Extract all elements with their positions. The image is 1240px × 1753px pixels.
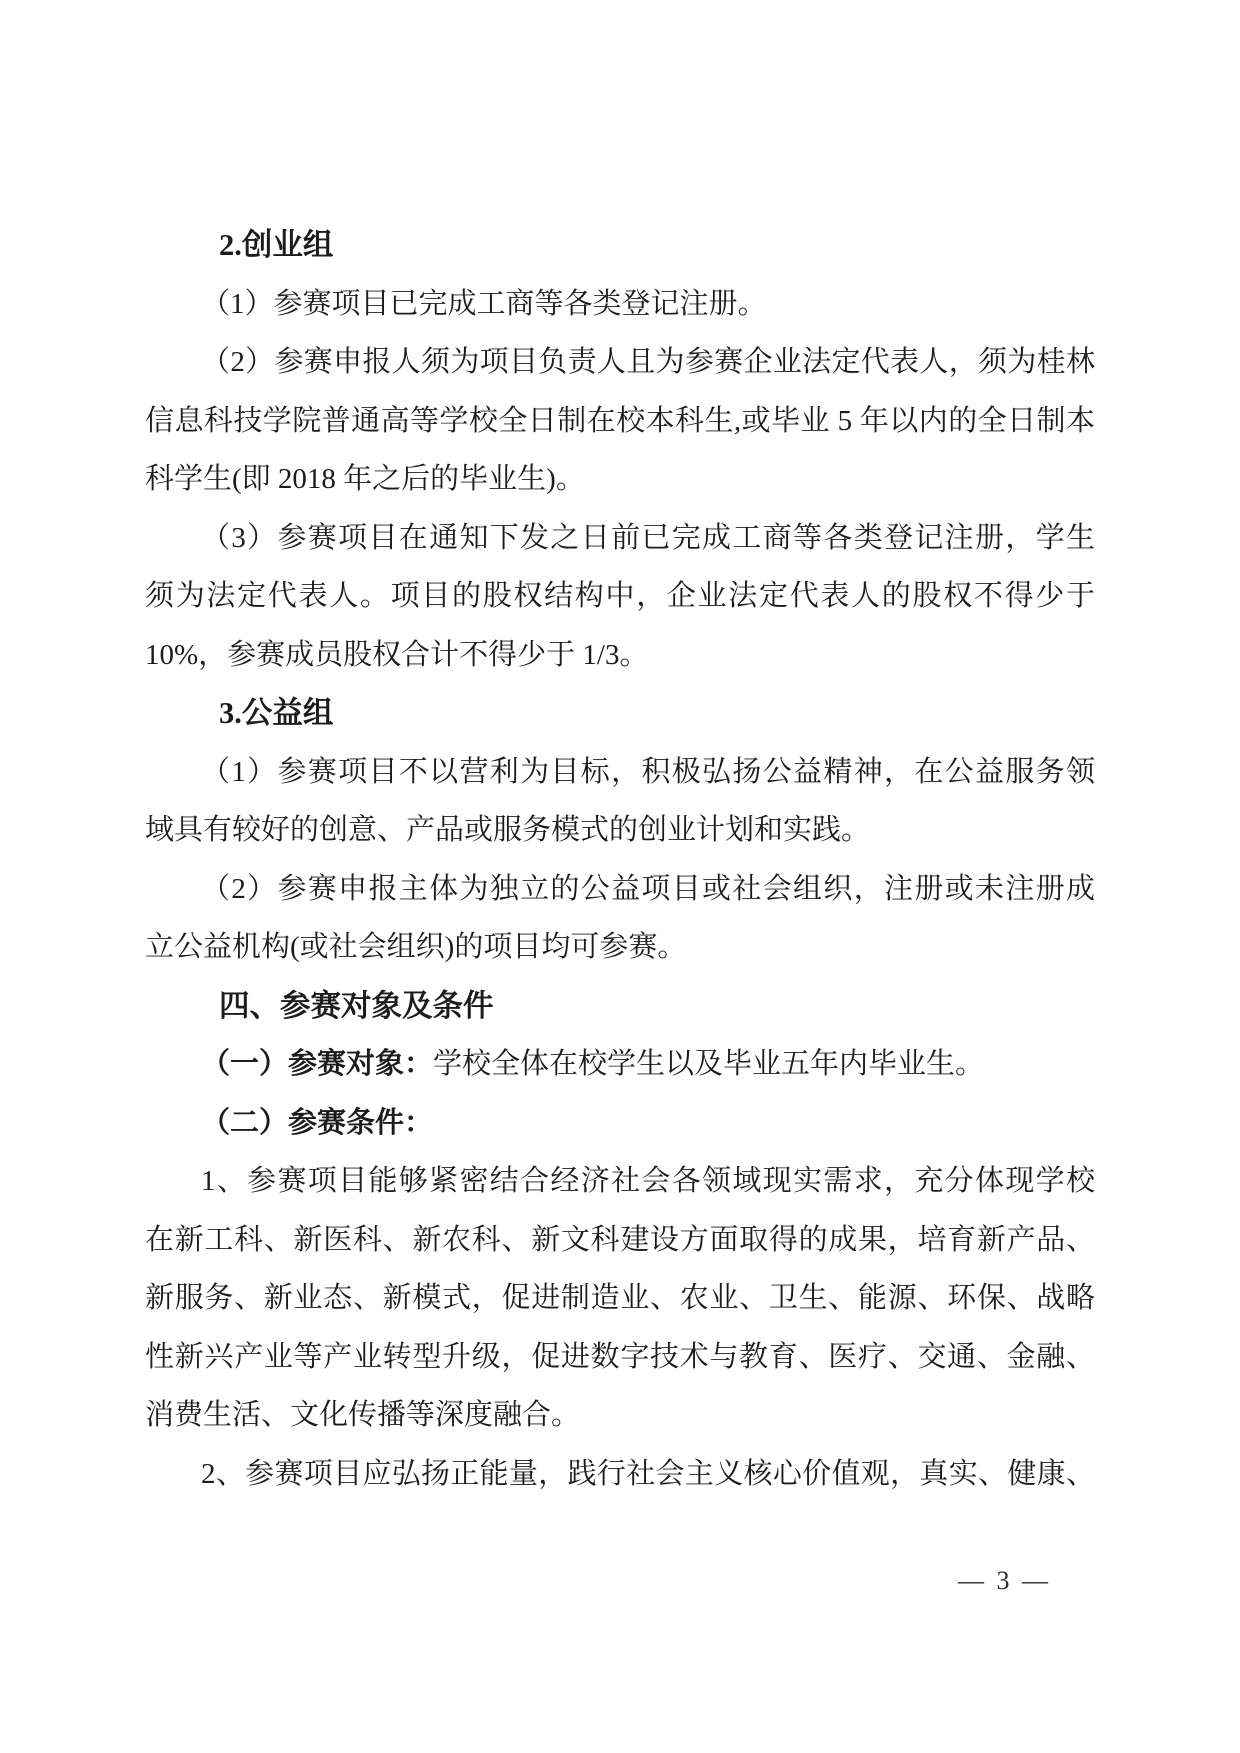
paragraph-line: 立公益机构(或社会组织)的项目均可参赛。 (145, 918, 1095, 977)
paragraph-line: 在新工科、新医科、新农科、新文科建设方面取得的成果，培育新产品、 (145, 1211, 1095, 1270)
paragraph-line: （2）参赛申报主体为独立的公益项目或社会组织，注册或未注册成 (145, 860, 1095, 919)
document-page: 2.创业组 （1）参赛项目已完成工商等各类登记注册。 （2）参赛申报人须为项目负… (0, 0, 1240, 1753)
paragraph-line: 1、参赛项目能够紧密结合经济社会各领域现实需求，充分体现学校 (145, 1152, 1095, 1211)
document-body: 2.创业组 （1）参赛项目已完成工商等各类登记注册。 （2）参赛申报人须为项目负… (145, 216, 1095, 1503)
paragraph-line: 须为法定代表人。项目的股权结构中，企业法定代表人的股权不得少于 (145, 567, 1095, 626)
section-heading-4-participants-and-conditions: 四、参赛对象及条件 (145, 977, 1095, 1036)
paragraph-lead-label: （一）参赛对象： (201, 1048, 433, 1080)
paragraph-line: 信息科技学院普通高等学校全日制在校本科生,或毕业 5 年以内的全日制本 (145, 392, 1095, 451)
paragraph-line: 域具有较好的创意、产品或服务模式的创业计划和实践。 (145, 801, 1095, 860)
paragraph-line: （3）参赛项目在通知下发之日前已完成工商等各类登记注册，学生 (145, 509, 1095, 568)
paragraph-line: （1）参赛项目已完成工商等各类登记注册。 (145, 275, 1095, 334)
paragraph-line: 性新兴产业等产业转型升级，促进数字技术与教育、医疗、交通、金融、 (145, 1328, 1095, 1387)
paragraph-line: （1）参赛项目不以营利为目标，积极弘扬公益精神，在公益服务领 (145, 743, 1095, 802)
paragraph-line: 10%，参赛成员股权合计不得少于 1/3。 (145, 626, 1095, 685)
paragraph-line: 2、参赛项目应弘扬正能量，践行社会主义核心价值观，真实、健康、 (145, 1445, 1095, 1504)
paragraph-line: 科学生(即 2018 年之后的毕业生)。 (145, 450, 1095, 509)
paragraph-line: 新服务、新业态、新模式，促进制造业、农业、卫生、能源、环保、战略 (145, 1269, 1095, 1328)
paragraph-line: 消费生活、文化传播等深度融合。 (145, 1386, 1095, 1445)
page-number: — 3 — (958, 1566, 1078, 1596)
paragraph-lead-body: 学校全体在校学生以及毕业五年内毕业生。 (433, 1048, 984, 1080)
paragraph-line: （2）参赛申报人须为项目负责人且为参赛企业法定代表人，须为桂林 (145, 333, 1095, 392)
section-heading-2-startup-group: 2.创业组 (145, 216, 1095, 275)
paragraph-line: （一）参赛对象：学校全体在校学生以及毕业五年内毕业生。 (145, 1035, 1095, 1094)
subsection-heading-conditions: （二）参赛条件： (145, 1094, 1095, 1153)
section-heading-3-public-welfare-group: 3.公益组 (145, 684, 1095, 743)
